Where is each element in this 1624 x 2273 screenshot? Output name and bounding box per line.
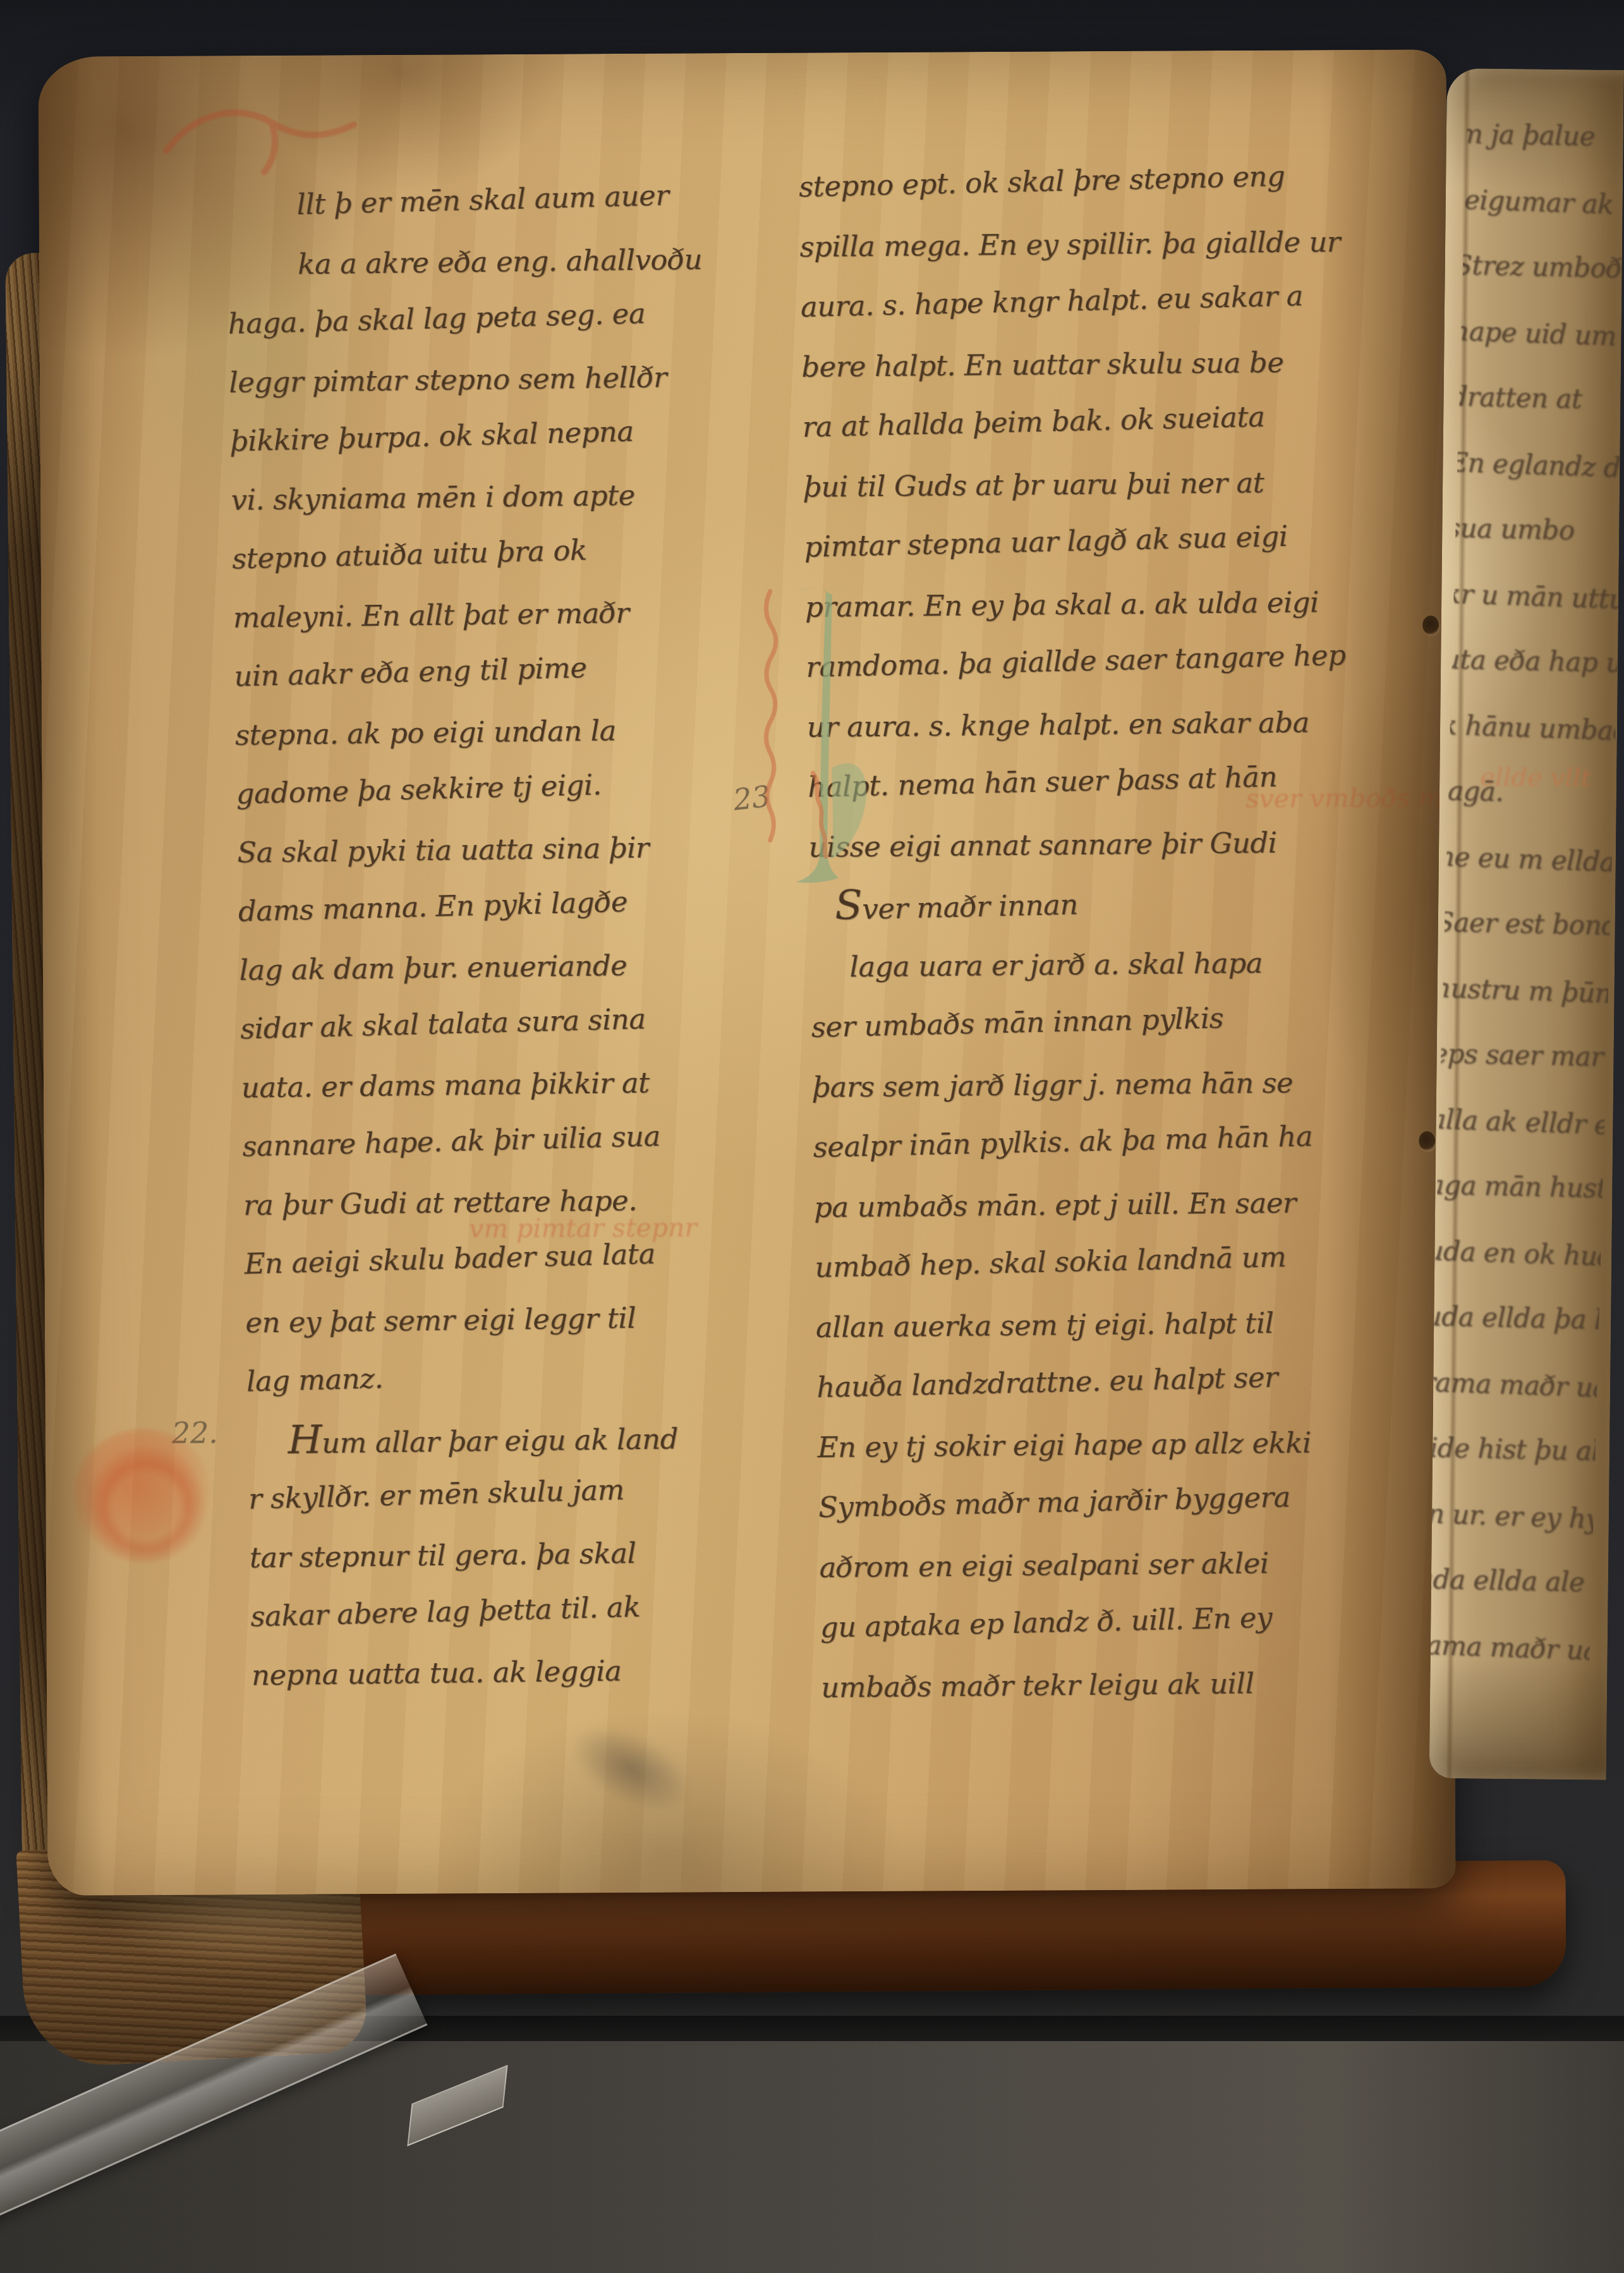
- manuscript-line: k hānu umbað. ak hape: [1440, 693, 1616, 764]
- manuscript-line: Strez umboðr m: [1453, 233, 1624, 302]
- manuscript-line: tama maðr uar ak al: [1429, 1612, 1591, 1683]
- manuscript-line: aga mān hustel hebi la: [1429, 1152, 1604, 1221]
- next-page-text-fragments: m ja þalueleigumar akStrez umboðr mhape …: [1429, 101, 1624, 1761]
- manuscript-line: gadome þa sekkire tj eigi.: [236, 750, 806, 823]
- manuscript-line: gu aptaka ep landz ð. uill. En ey: [820, 1584, 1427, 1658]
- manuscript-line: ka a akre eða eng. ahallvoðu: [227, 229, 796, 294]
- manuscript-line: bere halpt. En uattar skulu sua be: [801, 331, 1409, 397]
- manuscript-line: En eglandz dratt: [1448, 430, 1624, 501]
- manuscript-line: pramar. En ey þa skal a. ak ulda eigi: [805, 571, 1412, 637]
- manuscript-line: uisse eigi annat sannare þir Gudi: [808, 811, 1415, 877]
- manuscript-line: eps saer mar er baka: [1431, 1021, 1607, 1090]
- manuscript-line: aura. s. hape kngr halpt. eu sakar a: [800, 263, 1408, 337]
- manuscript-line: vi. skyniama mēn i dom apte: [231, 464, 800, 530]
- manuscript-line: maleyni. En allt þat er maðr: [233, 581, 802, 647]
- manuscript-line: dams manna. En pyki lagðe: [238, 868, 808, 941]
- manuscript-line: pimtar stepna uar lagð ak sua eigi: [803, 503, 1411, 577]
- manuscript-line: stepno ept. ok skal þre stepno eng: [798, 143, 1406, 217]
- rubric-right-column: sver vmboðs mað: [1245, 782, 1455, 814]
- ink-smudge: [557, 1707, 706, 1831]
- manuscript-line: Sa skal pyki tia uatta sina þir: [237, 816, 806, 882]
- manuscript-line: kr u mān uttu til. at: [1444, 561, 1620, 633]
- manuscript-line: m ja þalue: [1457, 101, 1624, 170]
- manuscript-line: leigumar ak: [1455, 167, 1624, 238]
- manuscript-line: hustru m þūn er hān: [1433, 955, 1609, 1026]
- manuscript-line: ur aura. s. knge halpt. en sakar aba: [806, 691, 1414, 757]
- manuscript-line: ne eu m elldar at l: [1436, 823, 1613, 895]
- manuscript-line: Saer est bondi aat h: [1435, 889, 1611, 959]
- manuscript-line: stepna. ak po eigi undan la: [235, 699, 804, 765]
- manuscript-line: laga uara er jarð a. skal hapa: [810, 931, 1417, 997]
- manuscript-line: spilla mega. En ey spillir. þa giallde u…: [799, 211, 1407, 277]
- manuscript-line: umbað hep. skal sokia landnā um: [814, 1223, 1422, 1297]
- manuscript-line: þars sem jarð liggr j. nema hān se: [812, 1052, 1419, 1117]
- manuscript-line: haga. þa skal lag peta seg. ea: [227, 280, 797, 353]
- manuscript-photo: { "scene": { "description": "Open mediev…: [0, 0, 1624, 2273]
- red-stamp: [73, 1428, 213, 1563]
- manuscript-line: sealpr inān pylkis. ak þa ma hān ha: [813, 1103, 1421, 1177]
- manuscript-line: sannare hape. ak þir uilia sua: [241, 1103, 811, 1176]
- manuscript-line: lide hist þu al er af hans: [1429, 1415, 1596, 1484]
- manuscript-line: halpt. nema hān suer þass at hān: [807, 743, 1415, 817]
- next-page-edge: m ja þalueleigumar akStrez umboðr mhape …: [1429, 68, 1624, 1780]
- manuscript-line: allan auerka sem tj eigi. halpt til: [815, 1292, 1422, 1357]
- manuscript-line: pa umbaðs mān. ept j uill. En saer: [814, 1172, 1421, 1237]
- manuscript-line: ramdoma. þa giallde saer tangare hep: [805, 623, 1413, 697]
- manuscript-line: þikkire þurpa. ok skal nepna: [229, 397, 799, 471]
- manuscript-line: uda en ok huda uard: [1429, 1218, 1602, 1289]
- manuscript-line: sakar abere lag þetta til. ak: [250, 1573, 820, 1646]
- manuscript-line: þui til Guds at þr uaru þui ner at: [803, 451, 1410, 517]
- manuscript-line: hape uid um bað: [1451, 298, 1624, 370]
- red-paragraph-line-icon: [754, 588, 784, 872]
- binding-hole: [1422, 615, 1439, 634]
- manuscript-line: En ey tj sokir eigi hape ap allz ekki: [817, 1412, 1424, 1477]
- text-column-left: llt þ er mēn skal aum auerka a akre eða …: [226, 167, 821, 1704]
- text-column-right: stepno ept. ok skal þre stepno engspilla…: [798, 148, 1428, 1718]
- manuscript-line: sua umbo: [1446, 495, 1621, 565]
- manuscript-line: lag ak dam þur. enueriande: [239, 934, 808, 1000]
- rubric-left-column: vm pimtar stepnr: [469, 1212, 697, 1244]
- manuscript-line: En aeigi skulu bader sua lata: [244, 1220, 814, 1294]
- manuscript-line: umbaðs maðr tekr leigu ak uill: [821, 1652, 1428, 1718]
- manuscript-line: ra at hallda þeim bak. ok sueiata: [802, 383, 1410, 457]
- manuscript-line: uin aakr eða eng til pime: [233, 633, 803, 706]
- manuscript-line: lag manz.: [246, 1338, 816, 1411]
- margin-chapter-number-23: 23: [732, 779, 772, 817]
- rubric-next-page: ellde vllt: [1480, 763, 1591, 793]
- manuscript-line: stepno atuiða uitu þra ok: [231, 515, 801, 588]
- binding-hole: [1419, 1131, 1435, 1150]
- red-flourish-icon: [157, 87, 366, 183]
- manuscript-line: Sver maðr innan: [809, 863, 1417, 937]
- manuscript-line: hauða landzdrattne. eu halpt ser: [816, 1343, 1424, 1417]
- manuscript-line: r skyllðr. er mēn skulu jam: [248, 1455, 818, 1529]
- manuscript-line: rama maðr uar akal: [1429, 1349, 1599, 1421]
- manuscript-line: nepna uatta tua. ak leggia: [251, 1639, 820, 1705]
- manuscript-line: Hum allar þar eigu ak land: [247, 1404, 816, 1470]
- manuscript-line: uata. er dams mana þikkir at: [241, 1052, 810, 1117]
- manuscript-line: uda ellda þa leglendini: [1429, 1283, 1600, 1353]
- manuscript-line: aðrom en eigi sealpani ser aklei: [819, 1532, 1426, 1597]
- illuminated-initial: [768, 583, 877, 894]
- manuscript-line: ser umbaðs mān innan pylkis: [811, 983, 1419, 1057]
- manuscript-line: llt þ er mēn skal aum auer: [225, 162, 795, 236]
- manuscript-line: alla ak elldr er hun: [1429, 1086, 1606, 1158]
- manuscript-line: ada ellda ale glendini: [1429, 1546, 1592, 1616]
- manuscript-line: ra þur Gudi at rettare hape.: [243, 1169, 812, 1235]
- manuscript-line: en ey þat semr eigi leggr til: [245, 1287, 815, 1352]
- manuscript-line: Symboðs maðr ma jarðir byggera: [818, 1464, 1426, 1537]
- manuscript-line: dratten at: [1450, 364, 1624, 433]
- manuscript-line: in ur. er ey hyr el: [1429, 1481, 1595, 1552]
- manuscript-line: leggr pimtar stepno sem hellðr: [229, 346, 798, 412]
- manuscript-line: tar stepnur til gera. þa skal: [249, 1522, 818, 1587]
- margin-chapter-number-22: 22.: [172, 1415, 218, 1450]
- left-page: llt þ er mēn skal aum auerka a akre eða …: [38, 49, 1455, 1896]
- manuscript-line: sidar ak skal talata sura sina: [239, 985, 809, 1058]
- manuscript-line: uta eða hap umbaðe m: [1443, 627, 1618, 696]
